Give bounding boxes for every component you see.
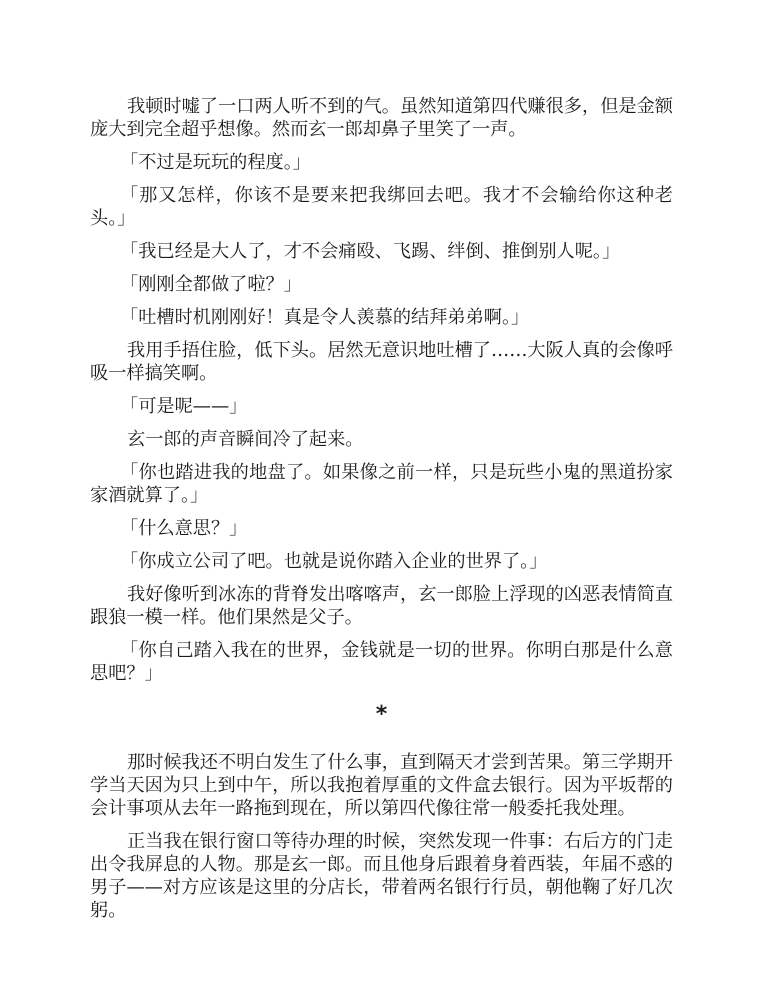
dialogue-line: 「你自己踏入我在的世界，金钱就是一切的世界。你明白那是什么意思吧？」 — [90, 639, 673, 685]
paragraph: 我用手捂住脸，低下头。居然无意识地吐槽了……大阪人真的会像呼吸一样搞笑啊。 — [90, 339, 673, 385]
dialogue-line: 「什么意思？」 — [90, 517, 673, 540]
paragraph: 正当我在银行窗口等待办理的时候，突然发现一件事：右后方的门走出令我屏息的人物。那… — [90, 830, 673, 922]
dialogue-line: 「我已经是大人了，才不会痛殴、飞踢、绊倒、推倒别人呢。」 — [90, 240, 673, 263]
section-1: 我顿时嘘了一口两人听不到的气。虽然知道第四代赚很多，但是金额庞大到完全超乎想像。… — [90, 95, 673, 685]
dialogue-line: 「你成立公司了吧。也就是说你踏入企业的世界了。」 — [90, 550, 673, 573]
section-2: 那时候我还不明白发生了什么事，直到隔天才尝到苦果。第三学期开学当天因为只上到中午… — [90, 751, 673, 922]
paragraph: 我顿时嘘了一口两人听不到的气。虽然知道第四代赚很多，但是金额庞大到完全超乎想像。… — [90, 95, 673, 141]
paragraph: 那时候我还不明白发生了什么事，直到隔天才尝到苦果。第三学期开学当天因为只上到中午… — [90, 751, 673, 820]
dialogue-line: 「刚刚全都做了啦？」 — [90, 273, 673, 296]
paragraph: 玄一郎的声音瞬间冷了起来。 — [90, 428, 673, 451]
section-separator: * — [90, 703, 673, 727]
dialogue-line: 「不过是玩玩的程度。」 — [90, 151, 673, 174]
dialogue-line: 「吐槽时机刚刚好！真是令人羡慕的结拜弟弟啊。」 — [90, 306, 673, 329]
document-page: 我顿时嘘了一口两人听不到的气。虽然知道第四代赚很多，但是金额庞大到完全超乎想像。… — [90, 95, 673, 932]
paragraph: 我好像听到冰冻的背脊发出喀喀声，玄一郎脸上浮现的凶恶表情简直跟狼一模一样。他们果… — [90, 583, 673, 629]
dialogue-line: 「那又怎样，你该不是要来把我绑回去吧。我才不会输给你这种老头。」 — [90, 184, 673, 230]
dialogue-line: 「可是呢——」 — [90, 395, 673, 418]
dialogue-line: 「你也踏进我的地盘了。如果像之前一样，只是玩些小鬼的黑道扮家家酒就算了。」 — [90, 461, 673, 507]
